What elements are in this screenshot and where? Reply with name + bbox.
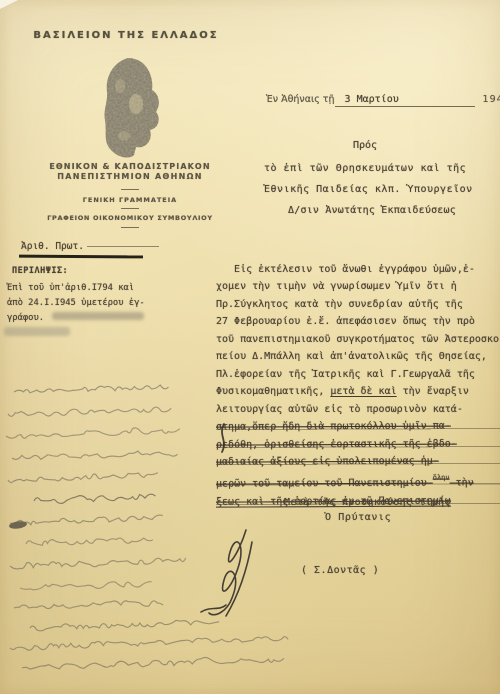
body-line: στημα,ὅπερ ἤδη διὰ πρωτοκόλλου ὑμῖν πα- xyxy=(216,417,500,436)
handwriting-stroke xyxy=(26,536,153,547)
protocol-number-label: Ἀριθ. Πρωτ. xyxy=(21,241,159,252)
office-label: ΓΡΑΦΕΙΟΝ ΟΙΚΟΝΟΜΙΚΟΥ ΣΥΜΒΟΥΛΙΟΥ xyxy=(0,214,260,222)
signer-name: ( Σ.Δοντᾶς ) xyxy=(301,565,379,576)
summary-line: Ἐπὶ τοῦ ὑπ'ἀριθ.Ι794 καὶ xyxy=(7,281,145,296)
pencil-blob xyxy=(9,520,28,529)
date-place-prefix: Ἐν Ἀθήναις τῇ xyxy=(266,94,335,105)
body-line: Πλ.ἐφορείαν τῆς Ἰατρικῆς καὶ Γ.Γεωργαλᾶ … xyxy=(216,366,500,383)
secretariat-label: ΓΕΝΙΚΗ ΓΡΑΜΜΑΤΕΙΑ xyxy=(0,196,260,204)
signer-title: Ὁ Πρύτανις xyxy=(325,512,391,523)
scan-corner-artifact xyxy=(0,0,18,9)
handwriting-stroke xyxy=(12,450,178,462)
handwriting-stroke xyxy=(10,635,288,651)
university-name-line1: ΕΘΝΙΚΟΝ & ΚΑΠΟΔΙΣΤΡΙΑΚΟΝ xyxy=(0,162,260,171)
body-line: λειτουργίας αὐτῶν εἰς τὸ προσωρινὸν κατά… xyxy=(216,401,500,418)
closing-salutation: Μετὰ τῆς προσηκούσης τιμῆς xyxy=(284,497,451,508)
handwriting-stroke xyxy=(8,406,171,418)
letterhead-divider xyxy=(121,227,139,228)
body-line: Εἰς ἐκτέλεσιν τοῦ ἄνωθι ἐγγράφου ὑμῶν,ἐ- xyxy=(216,261,500,278)
body-line: μαδιαίας ἀξίους εἰς ὑπολειπομένας ἡμ- xyxy=(216,452,500,471)
body-line: ρεδόθη, ὁρισθείσης ἑορταστικῆς τῆς ἑβδο- xyxy=(216,435,500,454)
summary-label: ΠΕΡΙΛΗΨΙΣ: xyxy=(12,266,68,276)
handwriting-stroke xyxy=(8,472,158,483)
letterhead-divider xyxy=(121,189,139,190)
summary-line: ἀπὸ 24.Ι.Ι945 ὑμετέρου ἐγ- xyxy=(7,296,145,311)
faded-ink-smudge xyxy=(4,327,70,336)
handwriting-stroke xyxy=(20,580,152,591)
handwriting-stroke xyxy=(14,599,163,611)
body-line: πείου Δ.Μπάλλη καὶ ἀπ'ἀνατολικῶς τῆς Θησ… xyxy=(216,348,500,365)
letterhead-divider xyxy=(121,208,139,209)
handwriting-stroke xyxy=(6,426,180,439)
body-line: 27 Φεβρουαρίου ἐ.ἔ. ἀπεφάσισεν ὅπως τὴν … xyxy=(216,313,500,330)
recipient-line: Δ/σιν Ἀνωτάτης Ἐκπαιδεύσεως xyxy=(288,200,473,221)
dateline: Ἐν Ἀθήναις τῇ 3 Μαρτίου 194 5 xyxy=(266,94,500,107)
kingdom-title: ΒΑΣΙΛΕΙΟΝ ΤΗΣ ΕΛΛΑΔΟΣ xyxy=(30,30,222,41)
date-year-printed: 194 xyxy=(483,94,500,105)
date-day-month: 3 Μαρτίου xyxy=(335,94,475,107)
university-name-line2: ΠΑΝΕΠΙΣΤΗΜΙΟΝ ΑΘΗΝΩΝ xyxy=(0,172,260,181)
handwriting-stroke xyxy=(34,493,156,504)
body-line: τοῦ πανεπιστημιακοῦ συγκροτήματος τῶν Ἀσ… xyxy=(216,331,500,348)
body-line: χομεν τὴν τιμὴν νὰ γνωρίσωμεν Ὑμῖν ὅτι ἡ xyxy=(216,278,500,295)
handwriting-stroke xyxy=(14,384,169,394)
body-line: Πρ.Σύγκλητος κατὰ τὴν συνεδρίαν αὐτῆς τῆ… xyxy=(216,296,500,313)
protocol-blank-line xyxy=(87,246,159,247)
recipient-to-label: Πρός xyxy=(353,140,377,151)
handwriting-stroke xyxy=(10,515,163,526)
recipient-address: τὸ ἐπὶ τῶν Θρησκευμάτων καὶ τῆςἘθνικῆς Π… xyxy=(264,158,473,221)
handwriting-stroke xyxy=(10,557,186,570)
letter-body: Εἰς ἐκτέλεσιν τοῦ ἄνωθι ἐγγράφου ὑμῶν,ἐ-… xyxy=(216,261,500,510)
body-line: μερῶν τοῦ ταμείου τοῦ Πανεπιστημίου ὅλην… xyxy=(216,470,500,494)
athena-head-emblem-icon xyxy=(90,52,168,164)
separator-rule xyxy=(19,255,143,258)
faded-ink-smudge xyxy=(52,312,144,320)
scanned-letter-page: ΒΑΣΙΛΕΙΟΝ ΤΗΣ ΕΛΛΑΔΟΣ ΕΘΝΙΚΟΝ & ΚΑΠΟΔΙΣΤ… xyxy=(0,0,500,694)
body-line: Φυσικομαθηματικῆς, μετὰ δὲ καὶ τὴν ἔναρξ… xyxy=(216,383,500,400)
recipient-line: Ἐθνικῆς Παιδείας κλπ. Ὑπουργεῖον xyxy=(264,179,473,200)
handwriting-stroke xyxy=(22,655,284,671)
handwriting-stroke xyxy=(30,619,219,632)
recipient-line: τὸ ἐπὶ τῶν Θρησκευμάτων καὶ τῆς xyxy=(264,158,473,179)
